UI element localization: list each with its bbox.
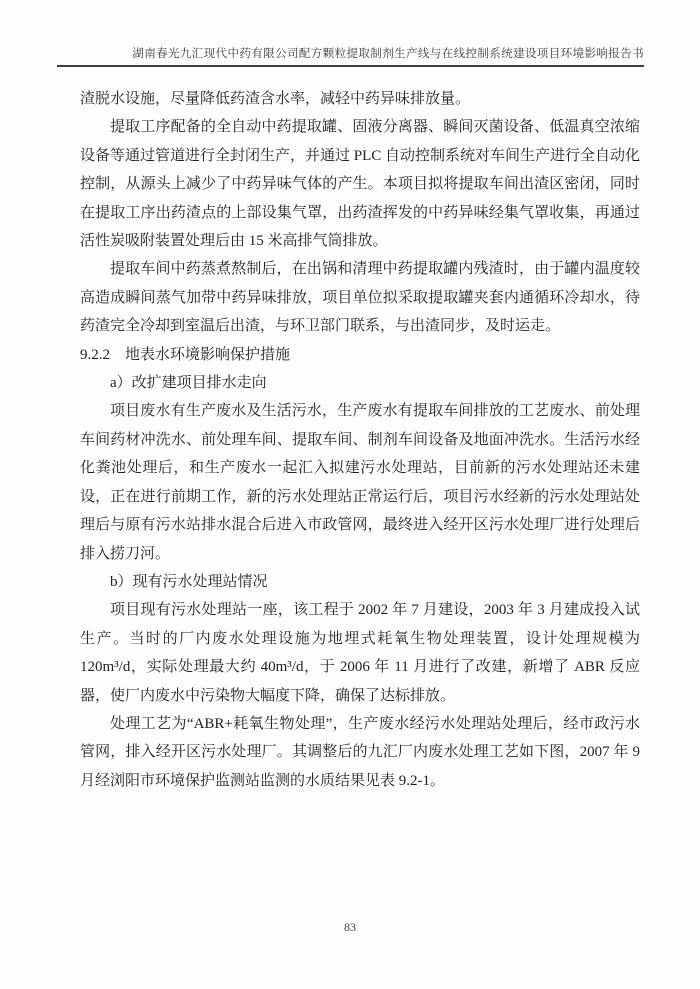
section-heading-9-2-2: 9.2.2 地表水环境影响保护措施 (80, 341, 640, 369)
paragraph-existing-station: 项目现有污水处理站一座，该工程于 2002 年 7 月建设，2003 年 3 月… (80, 596, 640, 710)
header-divider (57, 65, 644, 67)
paragraph-residue-handling: 提取车间中药蒸煮熬制后，在出锅和清理中药提取罐内残渣时，由于罐内温度较高造成瞬间… (80, 255, 640, 340)
paragraph-current-process: 处理工艺为“ABR+耗氧生物处理”，生产废水经污水处理站处理后，经市政污水管网，… (80, 710, 640, 795)
subsection-label-b: b）现有污水处理站情况 (80, 568, 640, 596)
document-body: 渣脱水设施，尽量降低药渣含水率，减轻中药异味排放量。 提取工序配备的全自动中药提… (80, 85, 640, 795)
paragraph-drainage-route: 项目废水有生产废水及生活污水，生产废水有提取车间排放的工艺废水、前处理车间药材冲… (80, 397, 640, 567)
paragraph-extraction-process: 提取工序配备的全自动中药提取罐、固液分离器、瞬间灭菌设备、低温真空浓缩设备等通过… (80, 113, 640, 255)
paragraph-continuation: 渣脱水设施，尽量降低药渣含水率，减轻中药异味排放量。 (80, 85, 640, 113)
document-page: 湖南春光九汇现代中药有限公司配方颗粒提取制剂生产线与在线控制系统建设项目环境影响… (0, 0, 700, 989)
page-header-title: 湖南春光九汇现代中药有限公司配方颗粒提取制剂生产线与在线控制系统建设项目环境影响… (57, 45, 644, 61)
page-number: 83 (0, 920, 700, 935)
subsection-label-a: a）改扩建项目排水走向 (80, 369, 640, 397)
